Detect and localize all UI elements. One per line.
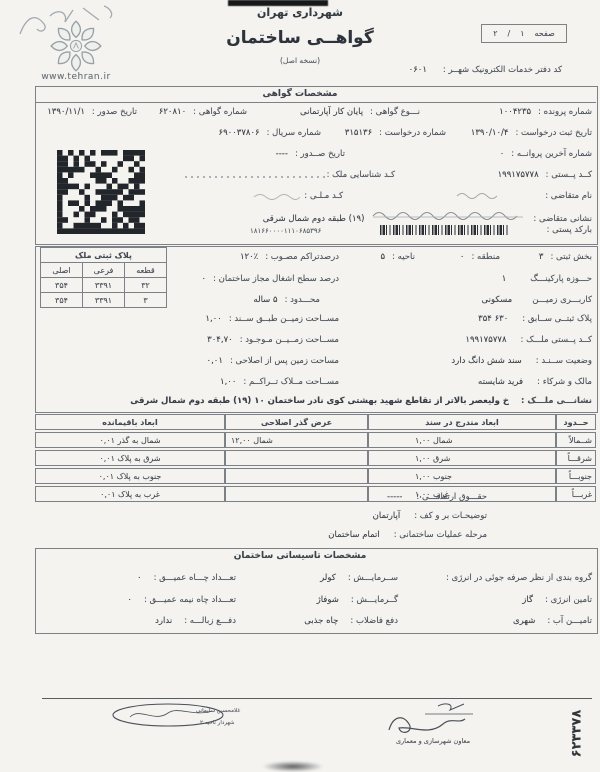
table-row: ۳ ۳۳۹۱ ۳۵۴ [41,293,167,308]
deputy-signature-scribble [383,700,478,738]
faint-redacted-id [185,176,325,178]
field-label: ســرمایـــش : [348,573,398,583]
field-value: ۰ [202,274,207,284]
field-value: شهری [513,616,535,626]
field-label: شماره پرونده : [538,107,592,117]
table-row: جنوبـــاً جنوب ۱,۰۰ جنوب به پلاک ۰,۰۱ [35,468,596,484]
field-value: ۰ [127,595,132,605]
field-value: مسکونی [482,295,513,305]
plate-cell: ۳۵۴ [41,278,83,293]
website-url: www.tehran.ir [30,72,122,82]
field-label: تامیـــن آب : [547,616,592,626]
water-supply-field: تامیـــن آب : شهری [513,616,592,626]
field-label: منطقه : [471,252,500,262]
deep-wells-field: تعـــداد چـــاه عمیـــق : ۰ [137,573,236,583]
plate-cell: ۳۲ [125,278,167,293]
plate-col-sub: فرعی [83,263,125,278]
field-label: مرحله عملیات ساختمانی : [394,530,487,540]
pass-cell: شمال ۱۲,۰۰ [225,432,368,448]
footer-divider [42,698,592,699]
page-number-box: صفحه ۱ / ۲ [481,24,567,43]
field-label: کاربـــری زمیـــن [532,295,592,305]
field-label: تاریخ صدور : [92,107,137,117]
field-value: ۳ [539,252,544,262]
plate-cell: ۳ [125,293,167,308]
certificate-section-title: مشخصات گواهی [0,89,600,99]
field-value: کولر [320,573,336,583]
req-no-field: شماره درخواست : ۳۱۵۱۳۶ [345,128,446,138]
field-label: حـــوزه پارکینـــگ [530,274,592,284]
area-per-deed-field: مســاحت زمیــن طبــق ســند : ۱,۰۰ [205,314,339,324]
field-label: پلاک ثبتــی ســابق : [522,314,592,324]
section-divider [35,102,596,103]
redaction-scratch [252,192,302,201]
field-label: تامین انرژی : [545,595,592,605]
field-label: مالک و شرکاء : [537,377,592,387]
deed-cell: جنوب ۱,۰۰ [368,468,556,484]
field-label: مساحت زمین پس از اصلاحی : [230,356,339,366]
eoffice-code-value: ۰۶۰۱ [409,65,427,75]
property-address-field: نشانـــی ملـــک : خ ولیعصر بالاتر از تقا… [130,396,592,406]
property-postal-field: کــد پــستی ملـــک : ۱۹۹۱۷۵۷۷۸ [465,335,592,345]
eoffice-code-field: کد دفتر خدمات الکترونیک شهــر : ۰۶۰۱ [409,65,562,75]
field-value: ۱ [502,274,507,284]
district-field: منطقه : ۰ [460,252,500,262]
field-value: ۰ [137,573,142,583]
field-label: کــد پــستی : [546,170,592,180]
table-header-row: حــدود ابعاد مندرج در سند عرض گذر اصلاحی… [35,414,596,430]
remain-cell: شمال به گذر ۰,۰۱ [35,432,225,448]
col-pass-width: عرض گذر اصلاحی [225,414,368,430]
limited-field: محـــدود : ۵ ساله [253,295,320,305]
construction-stage-field: مرحله عملیات ساختمانی : اتمام ساختمان [328,530,487,540]
pass-cell [225,450,368,466]
garbage-field: دفـــع زبالـــه : ندارد [155,616,236,626]
district-mayor-title: شهردار ناحیه ۲ [200,720,235,726]
sewage-field: دفع فاضلاب : چاه جذبی [304,616,398,626]
district-mayor-signature-scribble [110,701,230,731]
field-value: ۱,۰۰ [205,314,221,324]
field-value: ۶۲۰۸۱۰ [159,107,186,117]
scanned-building-certificate: www.tehran.ir شهرداری تهران گواهــی ساخت… [0,0,600,772]
heating-field: گــرمایـــش : شوفاژ [317,595,398,605]
field-value: ۰ [500,149,505,159]
scan-artifact-bottom-smudge [262,761,324,772]
serial-no-field: شماره سریال : ۶۹۰۰۳۷۸۰۶ [219,128,322,138]
field-label: محـــدود : [285,295,320,305]
field-label: نام متقاضی : [545,191,592,201]
field-value: ۱۳۹۰/۱۱/۱ [47,107,85,117]
plate-cell: ۳۳۹۱ [83,278,125,293]
area-existing-field: مســاحت زمــیــن مـوجـود : ۳۰۴,۷۰ [207,335,339,345]
cert-type-field: نـــوع گواهی : پایان کار آپارتمانی [300,107,420,117]
deed-status-field: وضعیت ســنـد : سند شش دانگ دارد [451,356,592,366]
copy-note: (نسخه اصل) [0,56,600,65]
field-value: ۰ [460,252,465,262]
eoffice-code-label: کد دفتر خدمات الکترونیک شهــر : [443,65,562,75]
field-value: ۵ ساله [253,295,277,305]
field-value: سند شش دانگ دارد [451,356,521,366]
field-value: ۱۹۹۱۷۵۷۷۸ [498,170,539,180]
utilities-section-title: مشخصات تاسیساتی ساختمان [0,551,600,561]
field-value: ----- [387,492,402,502]
field-label: گــرمایـــش : [351,595,398,605]
cooling-field: ســرمایـــش : کولر [320,573,398,583]
field-label: شماره سریال : [267,128,321,138]
page-total: ۲ [493,29,497,38]
plate-table-title: پلاک ثبتی ملک [41,248,167,263]
energy-supply-field: تامین انرژی : گاز [522,595,592,605]
applicant-address-field: نشانی متقاضی : (۱۹) طبقه دوم شمال شرقی [263,210,592,224]
table-row: شرقـــاً شرق ۱,۰۰ شرق به پلاک ۰,۰۱ [35,450,596,466]
field-value: اتمام ساختمان [328,530,379,540]
field-value: گاز [522,595,533,605]
datamatrix-qr-code [57,150,145,234]
field-value: ۱۰۰۴۲۳۵ [499,107,531,117]
field-value: ۵ [381,252,386,262]
field-value: ندارد [155,616,172,626]
national-id-field: کـد مـلـی : [297,191,343,201]
col-remaining-dims: ابعاد باقیمانده [35,414,225,430]
deputy-title: معاون شهرسازی و معماری [388,737,478,745]
col-deed-dims: ابعاد مندرج در سند [368,414,556,430]
field-value: آپارتمان [373,511,401,521]
parking-zone-field: حـــوزه پارکینـــگ ۱ [502,274,592,284]
field-label: حقـــوق ارتفاقـــی : [416,492,487,502]
last-permit-date-field: تاریخ صــدور : ---- [276,149,345,159]
easement-field: حقـــوق ارتفاقـــی : ----- [387,492,487,502]
field-label: وضعیت ســنـد : [536,356,592,366]
field-label: شماره آخرین پروانــه : [511,149,592,159]
field-label: مســاحت زمیــن طبــق ســند : [229,314,339,324]
field-value: ۳۱۵۱۳۶ [345,128,372,138]
density-pct-field: درصدتراکم مصـوب : ۱۲۰٪ [240,252,339,262]
deed-cell: شرق ۱,۰۰ [368,450,556,466]
plate-cell: ۳۵۴ [41,293,83,308]
field-value: فرید شایسته [478,377,523,387]
postal-barcode-number: ۱۸۱۶۶۰۰۰۰۱۱۱۰۶۸۵۳۹۶ [250,227,321,235]
field-value: شوفاژ [317,595,339,605]
field-label: تاریخ صــدور : [295,149,345,159]
remain-cell: غرب به پلاک ۰,۰۱ [35,486,225,502]
pass-cell [225,486,368,502]
table-row: ۳۲ ۳۳۹۱ ۳۵۴ [41,278,167,293]
side-cell: جنوبـــاً [556,468,596,484]
postal-barcode-field: بارکد پستی : [547,225,592,235]
field-label: مســاحت زمــیــن مـوجـود : [240,335,339,345]
redacted-address-scribble [371,210,526,221]
remain-cell: جنوب به پلاک ۰,۰۱ [35,468,225,484]
plate-col-piece: قطعه [125,263,167,278]
field-label: کــد پــستی ملـــک : [521,335,592,345]
field-value: ۱,۰۰ [220,377,236,387]
field-value: چاه جذبی [304,616,338,626]
energy-group-field: گروه بندی از نظر صرفه جوئی در انرژی : [439,573,592,583]
field-label: دفع فاضلاب : [350,616,398,626]
page-separator: / [508,29,511,38]
property-id-field: کـد شناسایی ملک : [320,170,395,180]
registry-section-field: بخش ثبتی : ۳ [539,252,592,262]
field-label: تاریخ ثبت درخواست : [515,128,592,138]
field-value: ۱۳۹۰/۱۰/۴ [471,128,509,138]
field-value: (۱۹) طبقه دوم شمال شرقی [263,214,365,224]
side-cell: شرقـــاً [556,450,596,466]
field-label: مســاحت مــلاک تــراکــم : [243,377,339,387]
field-value: ---- [276,149,288,159]
field-label: توضیحـات بر و کف : [414,511,487,521]
field-label: شماره درخواست : [379,128,446,138]
owner-field: مالک و شرکاء : فرید شایسته [478,377,592,387]
org-name: شهرداری تهران [0,6,600,19]
boundaries-table: حــدود ابعاد مندرج در سند عرض گذر اصلاحی… [35,412,596,504]
area-after-corr-field: مساحت زمین پس از اصلاحی : ۰,۰۱ [207,356,339,366]
field-label: بارکد پستی : [547,225,592,235]
table-row: شــمالاً شمال ۱,۰۰ شمال ۱۲,۰۰ شمال به گذ… [35,432,596,448]
postal-code-field: کــد پــستی : ۱۹۹۱۷۵۷۷۸ [498,170,592,180]
semi-deep-wells-field: تعـــداد چاه نیمه عمیـــق : ۰ [127,595,236,605]
field-value: ۶۹۰۰۳۷۸۰۶ [219,128,260,138]
deed-cell: شمال ۱,۰۰ [368,432,556,448]
field-value: ۱۹۹۱۷۵۷۷۸ [465,335,506,345]
page-label: صفحه [535,29,555,38]
density-area-field: مســاحت مــلاک تــراکــم : ۱,۰۰ [220,377,339,387]
field-value: ۰,۰۱ [207,356,223,366]
field-label: گروه بندی از نظر صرفه جوئی در انرژی : [446,573,592,583]
side-cell: شــمالاً [556,432,596,448]
field-label: تعـــداد چاه نیمه عمیـــق : [144,595,236,605]
field-value: ۶۳۰ ۳۵۴ [478,314,508,324]
applicant-name-field: نام متقاضی : [538,191,592,201]
field-value: خ ولیعصر بالاتر از تقاطع شهید بهشتی کوی … [130,396,509,406]
zone-field: ناحیه : ۵ [381,252,415,262]
prev-plate-field: پلاک ثبتــی ســابق : ۶۳۰ ۳۵۴ [478,314,592,324]
file-no-field: شماره پرونده : ۱۰۰۴۲۳۵ [499,107,592,117]
field-value: ۱۲۰٪ [240,252,258,262]
frontage-notes-field: توضیحـات بر و کف : آپارتمان [373,511,487,521]
field-label: دفـــع زبالـــه : [184,616,236,626]
plate-cell: ۳۳۹۱ [83,293,125,308]
registry-plate-table: پلاک ثبتی ملک قطعه فرعی اصلی ۳۲ ۳۳۹۱ ۳۵۴… [40,247,167,308]
field-label: نشانی متقاضی : [533,214,592,224]
field-label: کـد شناسایی ملک : [327,170,395,180]
side-cell: غربـــاً [556,486,596,502]
field-label: درصدتراکم مصـوب : [265,252,339,262]
field-label: نـــوع گواهی : [370,107,420,117]
field-value: پایان کار آپارتمانی [300,107,363,117]
last-permit-no-field: شماره آخرین پروانــه : ۰ [500,149,592,159]
pass-cell [225,468,368,484]
field-label: ناحیه : [392,252,415,262]
redaction-scratch [455,191,500,200]
land-use-field: کاربـــری زمیـــن مسکونی [482,295,592,305]
table-row: غربـــاً غرب ۱,۰۰ غرب به پلاک ۰,۰۱ [35,486,596,502]
postal-barcode-image [380,225,510,235]
remain-cell: شرق به پلاک ۰,۰۱ [35,450,225,466]
field-label: بخش ثبتی : [550,252,592,262]
req-reg-date-field: تاریخ ثبت درخواست : ۱۳۹۰/۱۰/۴ [471,128,592,138]
cert-no-field: شماره گواهی : ۶۲۰۸۱۰ [159,107,247,117]
field-value: ۳۰۴,۷۰ [207,335,233,345]
occupancy-pct-field: درصد سطح اشغال مجاز ساختمان : ۰ [202,274,339,284]
vertical-serial-number: ۶۲۳۳۷۸ [570,694,585,772]
field-label: نشانـــی ملـــک : [521,396,592,406]
page-current: ۱ [520,29,524,38]
issue-date-field: تاریخ صدور : ۱۳۹۰/۱۱/۱ [47,107,137,117]
plate-col-main: اصلی [41,263,83,278]
col-boundaries: حــدود [556,414,596,430]
field-label: تعـــداد چـــاه عمیـــق : [154,573,236,583]
district-mayor-name: غلامحسین سلیمانی [196,708,240,714]
field-label: درصد سطح اشغال مجاز ساختمان : [213,274,339,284]
field-label: کـد مـلـی : [304,191,343,201]
field-label: شماره گواهی : [193,107,247,117]
